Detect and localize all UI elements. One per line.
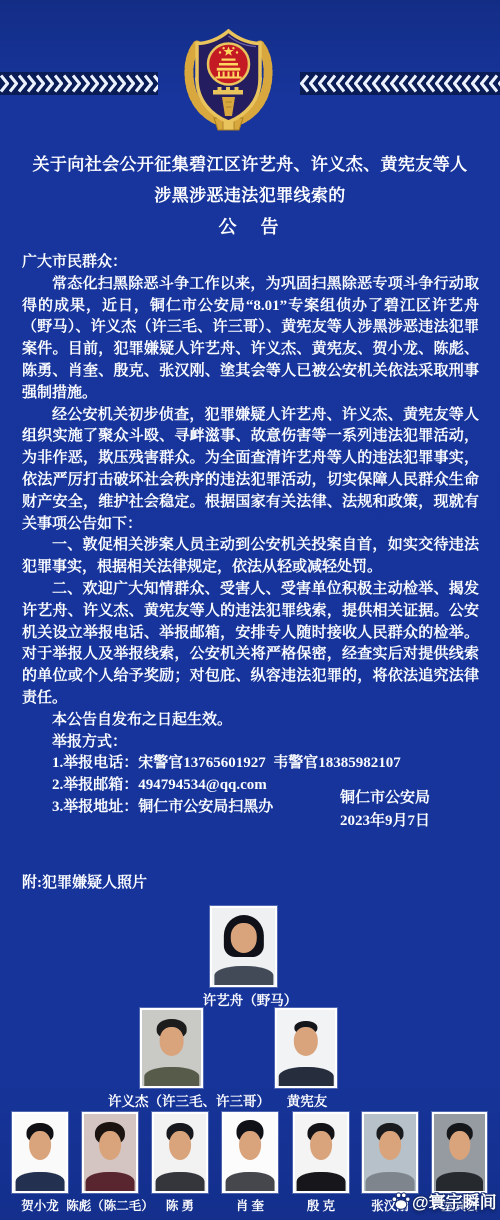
suspect-photo-chen-biao — [82, 1112, 138, 1193]
title-line-1: 关于向社会公开征集碧江区许艺舟、许义杰、黄宪友等人 — [0, 149, 500, 180]
suspect-photo-chen-yong — [152, 1112, 208, 1193]
police-badge-icon — [177, 19, 280, 131]
paw-icon — [391, 1191, 411, 1211]
suspect-label-xiao-kui: 肖 奎 — [214, 1196, 286, 1214]
announcement-title: 关于向社会公开征集碧江区许艺舟、许义杰、黄宪友等人 涉黑涉恶违法犯罪线索的 公 … — [0, 149, 500, 243]
salutation: 广大市民群众： — [22, 252, 479, 274]
suspect-label-xu-yizhou: 许艺舟（野马） — [0, 989, 500, 1009]
paragraph-background: 常态化扫黑除恶斗争工作以来，为巩固扫黑除恶专项斗争行动取得的成果，近日，铜仁市公… — [22, 274, 479, 405]
portrait-placeholder — [84, 1114, 136, 1191]
portrait-placeholder — [154, 1114, 206, 1191]
paragraph-item-1: 一、敦促相关涉案人员主动到公安机关投案自首，如实交待违法犯罪事实，根据相关法律规… — [22, 535, 479, 579]
suspect-photo-huang-xianyou — [275, 1008, 337, 1088]
signature-block: 铜仁市公安局 2023年9月7日 — [0, 787, 500, 833]
suspect-label-chen-yong: 陈 勇 — [144, 1196, 216, 1214]
portrait-placeholder — [277, 1010, 335, 1086]
announcement-body: 广大市民群众： 常态化扫黑除恶斗争工作以来，为巩固扫黑除恶专项斗争行动取得的成果… — [22, 252, 479, 819]
suspect-photo-xiao-kui — [222, 1112, 278, 1193]
paragraph-investigation: 经公安机关初步侦查，犯罪嫌疑人许艺舟、许义杰、黄宪友等人组织实施了聚众斗殴、寻衅… — [22, 405, 479, 536]
chevron-pattern-right-icon — [0, 72, 158, 95]
portrait-placeholder — [212, 908, 275, 985]
suspect-photo-he-xiaolong — [12, 1112, 68, 1193]
report-phone-line: 1.举报电话：宋警官13765601927 韦警官18385982107 — [22, 753, 479, 775]
watermark-text: @寰宇瞬间 — [412, 1188, 497, 1213]
watermark: @寰宇瞬间 — [391, 1188, 497, 1213]
effective-line: 本公告自发布之日起生效。 — [22, 710, 479, 732]
title-line-2: 涉黑涉恶违法犯罪线索的 — [0, 180, 500, 211]
attachment-note: 附:犯罪嫌疑人照片 — [22, 871, 147, 892]
suspect-label-yin-ke: 殷 克 — [285, 1196, 357, 1214]
paragraph-item-2: 二、欢迎广大知情群众、受害人、受害单位积极主动检举、揭发许艺舟、许义杰、黄宪友等… — [22, 579, 479, 710]
portrait-placeholder — [434, 1114, 485, 1191]
suspect-photo-xu-yizhou — [210, 906, 277, 987]
title-line-3: 公 告 — [0, 211, 500, 243]
portrait-placeholder — [364, 1114, 416, 1191]
portrait-placeholder — [224, 1114, 276, 1191]
suspect-photo-tu-qihui — [432, 1112, 487, 1193]
portrait-placeholder — [14, 1114, 66, 1191]
portrait-placeholder — [142, 1010, 201, 1086]
announcement-poster: 关于向社会公开征集碧江区许艺舟、许义杰、黄宪友等人 涉黑涉恶违法犯罪线索的 公 … — [0, 0, 500, 1220]
suspect-photo-xu-yijie — [140, 1008, 203, 1088]
chevron-pattern-left-icon — [300, 72, 500, 95]
chevron-band-left — [0, 72, 158, 95]
signature-agency: 铜仁市公安局 — [0, 787, 430, 810]
signature-date: 2023年9月7日 — [0, 810, 430, 833]
report-method-heading: 举报方式： — [22, 732, 479, 754]
portrait-placeholder — [295, 1114, 347, 1191]
suspect-photo-zhang-hangang — [362, 1112, 418, 1193]
suspect-label-huang-xianyou: 黄宪友 — [262, 1090, 352, 1110]
suspect-photo-yin-ke — [293, 1112, 349, 1193]
chevron-band-right — [300, 72, 500, 95]
